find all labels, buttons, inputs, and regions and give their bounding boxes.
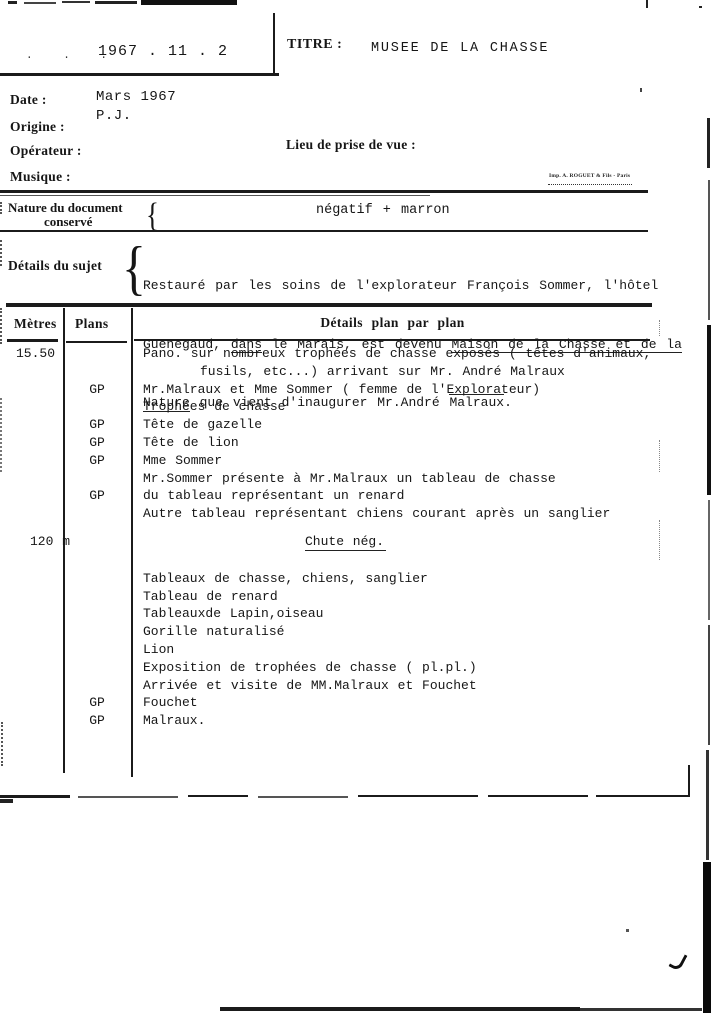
table-row: fusils, etc...) arrivant sur Mr. André M… bbox=[0, 364, 700, 382]
detail-cell: Mr.Malraux et Mme Sommer ( femme de l'Ex… bbox=[131, 382, 700, 400]
table-bottom-rule bbox=[358, 795, 478, 797]
metres-cell bbox=[0, 589, 63, 607]
table-row: Arrivée et visite de MM.Malraux et Fouch… bbox=[0, 678, 700, 696]
detail-cell: Malraux. bbox=[131, 713, 700, 731]
printer-imprint: Imp. A. ROGUET & Fils - Paris bbox=[549, 173, 630, 179]
metres-cell bbox=[0, 678, 63, 696]
operateur-label: Opérateur : bbox=[10, 143, 82, 159]
scan-artifact bbox=[0, 202, 2, 214]
scan-artifact bbox=[62, 1, 90, 3]
table-row: GPTête de lion bbox=[0, 435, 700, 453]
table-body: 15.50Pano. sur nombreux trophées de chas… bbox=[0, 346, 700, 731]
plan-cell: GP bbox=[63, 488, 131, 506]
detail-cell: Tête de lion bbox=[131, 435, 700, 453]
scan-artifact bbox=[626, 929, 629, 932]
detail-cell: Fouchet bbox=[131, 695, 700, 713]
sujet-line1: Restauré par les soins de l'explorateur … bbox=[143, 276, 683, 296]
col-header-plans: Plans bbox=[75, 316, 109, 332]
scan-artifact bbox=[708, 625, 710, 745]
scan-artifact bbox=[707, 325, 711, 495]
metres-cell bbox=[0, 399, 63, 417]
plan-cell bbox=[63, 471, 131, 489]
table-bottom-rule bbox=[0, 795, 70, 798]
detail-cell: Mme Sommer bbox=[131, 453, 700, 471]
musique-label: Musique : bbox=[10, 169, 71, 185]
detail-cell: Trophées de chasse bbox=[131, 399, 700, 417]
plan-cell: GP bbox=[63, 695, 131, 713]
metres-cell: 120 m bbox=[0, 534, 63, 552]
section-rule bbox=[0, 190, 648, 193]
origine-label: Origine : bbox=[10, 119, 65, 135]
plan-cell bbox=[63, 642, 131, 660]
lieu-label: Lieu de prise de vue : bbox=[286, 137, 416, 153]
table-top-rule bbox=[6, 303, 652, 307]
plan-cell bbox=[63, 506, 131, 524]
table-row: GPMalraux. bbox=[0, 713, 700, 731]
detail-cell: Exposition de trophées de chasse ( pl.pl… bbox=[131, 660, 700, 678]
plan-cell bbox=[63, 364, 131, 382]
table-row: Gorille naturalisé bbox=[0, 624, 700, 642]
plan-cell bbox=[63, 399, 131, 417]
section-rule-echo bbox=[0, 195, 430, 196]
metres-cell bbox=[0, 364, 63, 382]
detail-cell: Mr.Sommer présente à Mr.Malraux un table… bbox=[131, 471, 700, 489]
scan-artifact bbox=[699, 6, 702, 8]
scanned-archive-form: . . . 1967 . 11 . 2 TITRE : MUSEE DE LA … bbox=[0, 0, 711, 1013]
detail-cell: Tableau de renard bbox=[131, 589, 700, 607]
metres-cell bbox=[0, 571, 63, 589]
scan-artifact bbox=[548, 184, 632, 185]
detail-cell: du tableau représentant un renard bbox=[131, 488, 700, 506]
metres-cell bbox=[0, 417, 63, 435]
plan-cell bbox=[63, 624, 131, 642]
date-label: Date : bbox=[10, 92, 47, 108]
plan-cell bbox=[63, 660, 131, 678]
scan-artifact bbox=[708, 500, 710, 620]
nature-label-line2: conservé bbox=[44, 214, 92, 230]
table-bottom-rule bbox=[488, 795, 588, 797]
plan-cell bbox=[63, 571, 131, 589]
table-corner-line bbox=[688, 765, 690, 797]
scan-artifact bbox=[0, 799, 13, 803]
plan-cell: GP bbox=[63, 453, 131, 471]
metres-cell bbox=[0, 713, 63, 731]
title-label: TITRE : bbox=[287, 37, 342, 53]
plan-cell bbox=[63, 678, 131, 696]
table-row: GPdu tableau représentant un renard bbox=[0, 488, 700, 506]
detail-cell: Pano. sur nombreux trophées de chasse ex… bbox=[131, 346, 700, 364]
section-rule bbox=[0, 230, 648, 232]
archive-number: 1967 . 11 . 2 bbox=[98, 43, 228, 60]
scan-artifact bbox=[646, 0, 648, 8]
detail-cell: Tableaux de chasse, chiens, sanglier bbox=[131, 571, 700, 589]
table-bottom-rule bbox=[188, 795, 248, 797]
metres-cell bbox=[0, 453, 63, 471]
table-row: GPMme Sommer bbox=[0, 453, 700, 471]
archive-box-right-border bbox=[273, 13, 275, 74]
archive-box-bottom-border bbox=[0, 73, 279, 76]
table-row: GPFouchet bbox=[0, 695, 700, 713]
metres-cell: 15.50 bbox=[0, 346, 63, 364]
scan-artifact bbox=[703, 862, 711, 1013]
detail-cell: Gorille naturalisé bbox=[131, 624, 700, 642]
metres-cell bbox=[0, 695, 63, 713]
detail-cell: Chute nég. bbox=[131, 534, 700, 552]
detail-cell: Lion bbox=[131, 642, 700, 660]
col-header-metres: Mètres bbox=[14, 316, 57, 332]
table-row: Tableaux de chasse, chiens, sanglier bbox=[0, 571, 700, 589]
table-row: Tableau de renard bbox=[0, 589, 700, 607]
plan-cell: GP bbox=[63, 435, 131, 453]
pen-mark bbox=[668, 950, 687, 972]
origine-value: P.J. bbox=[96, 108, 132, 124]
brace-glyph: { bbox=[146, 196, 159, 235]
plan-cell: GP bbox=[63, 382, 131, 400]
detail-cell: Autre tableau représentant chiens couran… bbox=[131, 506, 700, 524]
table-bottom-rule bbox=[596, 795, 690, 797]
metres-cell bbox=[0, 642, 63, 660]
table-row: GPMr.Malraux et Mme Sommer ( femme de l'… bbox=[0, 382, 700, 400]
date-value: Mars 1967 bbox=[96, 89, 176, 105]
detail-cell: Tableauxde Lapin,oiseau bbox=[131, 606, 700, 624]
scan-artifact bbox=[95, 1, 137, 4]
scan-artifact bbox=[707, 118, 710, 168]
table-row: Lion bbox=[0, 642, 700, 660]
plan-cell: GP bbox=[63, 713, 131, 731]
sujet-label: Détails du sujet bbox=[8, 258, 102, 274]
header-underline bbox=[7, 339, 58, 342]
plan-cell bbox=[63, 606, 131, 624]
metres-cell bbox=[0, 606, 63, 624]
metres-cell bbox=[0, 471, 63, 489]
table-row: Tableauxde Lapin,oiseau bbox=[0, 606, 700, 624]
table-row: Autre tableau représentant chiens couran… bbox=[0, 506, 700, 524]
detail-cell: Tête de gazelle bbox=[131, 417, 700, 435]
nature-value: négatif + marron bbox=[316, 203, 450, 218]
table-row: Mr.Sommer présente à Mr.Malraux un table… bbox=[0, 471, 700, 489]
scan-artifact bbox=[8, 1, 17, 4]
col-header-details: Détails plan par plan bbox=[135, 315, 650, 331]
table-row: Trophées de chasse bbox=[0, 399, 700, 417]
plan-cell: GP bbox=[63, 417, 131, 435]
header-underline bbox=[134, 339, 650, 341]
scan-artifact bbox=[24, 2, 56, 4]
table-bottom-rule bbox=[78, 796, 178, 798]
plan-cell bbox=[63, 589, 131, 607]
bottom-edge-line bbox=[220, 1007, 580, 1011]
plan-cell bbox=[63, 346, 131, 364]
table-row: Exposition de trophées de chasse ( pl.pl… bbox=[0, 660, 700, 678]
metres-cell bbox=[0, 624, 63, 642]
table-row: GPTête de gazelle bbox=[0, 417, 700, 435]
scan-artifact bbox=[0, 240, 2, 266]
scan-artifact bbox=[640, 88, 642, 92]
scan-artifact bbox=[706, 750, 709, 860]
header-underline bbox=[66, 341, 127, 343]
document-title: MUSEE DE LA CHASSE bbox=[371, 41, 549, 56]
metres-cell bbox=[0, 660, 63, 678]
metres-cell bbox=[0, 382, 63, 400]
table-bottom-rule bbox=[258, 796, 348, 798]
scan-artifact bbox=[708, 180, 710, 320]
table-row: 120 mChute nég. bbox=[0, 534, 700, 552]
table-row: 15.50Pano. sur nombreux trophées de chas… bbox=[0, 346, 700, 364]
scan-artifact bbox=[0, 308, 2, 344]
scan-artifact bbox=[141, 0, 237, 5]
metres-cell bbox=[0, 435, 63, 453]
detail-cell: fusils, etc...) arrivant sur Mr. André M… bbox=[131, 364, 700, 382]
plan-cell bbox=[63, 534, 131, 552]
metres-cell bbox=[0, 488, 63, 506]
chute-heading: Chute nég. bbox=[305, 534, 386, 551]
bottom-edge-line bbox=[580, 1008, 702, 1011]
detail-cell: Arrivée et visite de MM.Malraux et Fouch… bbox=[131, 678, 700, 696]
metres-cell bbox=[0, 506, 63, 524]
